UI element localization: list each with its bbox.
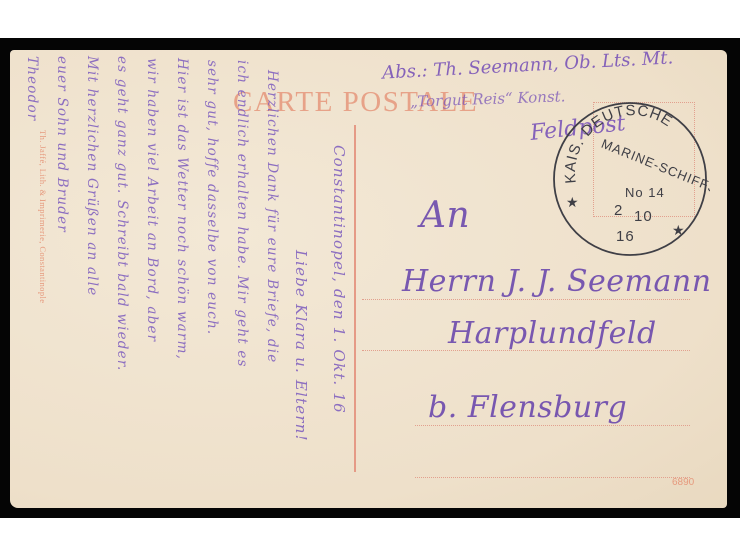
postmark-stamp: KAIS. DEUTSCHE MARINE-SCHIFFSPOST No 14 … [550,99,710,259]
postmark-day: 2 [614,202,623,219]
card-serial-number: 6890 [672,477,694,488]
message-line: euer Sohn und Bruder [54,56,70,233]
message-line: es geht ganz gut. Schreibt bald wieder. [114,56,130,372]
postmark-star-right-icon: ★ [672,224,685,239]
message-line: sehr gut, hoffe dasselbe von euch. [204,60,220,335]
message-line: Liebe Klara u. Eltern! [292,250,310,442]
message-line: Herzlichen Dank für eure Briefe, die [264,70,280,363]
postmark-year: 16 [616,228,635,245]
message-line: wir haben viel Arbeit an Bord, aber [144,58,160,342]
message-line: ich endlich erhalten habe. Mir geht es [234,60,250,368]
recipient-place: Harplundfeld [448,316,657,351]
publisher-imprint: Th. Jaffé, Lith. & Imprimerie, Constanti… [38,130,48,303]
card-divider-line [354,125,356,472]
postmark-month: 10 [634,208,653,225]
address-line-1 [362,299,690,300]
sender-line-1: Abs.: Th. Seemann, Ob. Lts. Mt. [382,50,674,84]
recipient-name: Herrn J. J. Seemann [402,264,712,299]
message-line: Mit herzlichen Grüßen an alle [84,56,100,296]
message-line: Theodor [24,56,40,121]
address-line-4 [415,477,690,478]
recipient-prefix: An [420,195,470,236]
message-dateline: Constantinopel, den 1. Okt. 16 [330,145,348,414]
postcard: CARTE POSTALE Th. Jaffé, Lith. & Imprime… [10,50,727,508]
postmark-star-left-icon: ★ [566,196,579,211]
message-line: Hier ist das Wetter noch schön warm, [174,58,190,360]
recipient-city: b. Flensburg [428,390,627,425]
postmark-number: No 14 [625,185,665,200]
address-line-3 [415,425,690,426]
